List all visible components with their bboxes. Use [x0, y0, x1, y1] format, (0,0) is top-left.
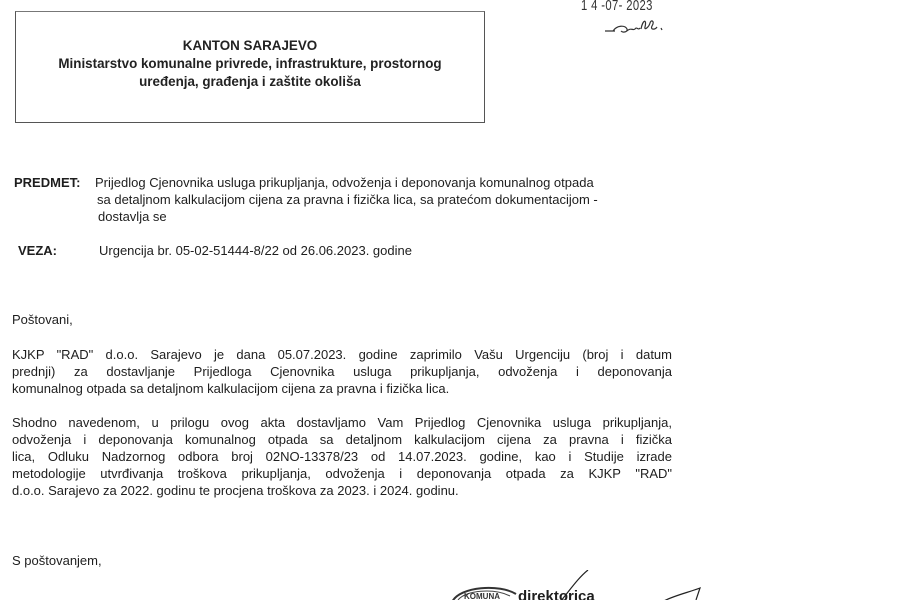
- closing: S poštovanjem,: [12, 552, 102, 569]
- paragraph-line: KJKP "RAD" d.o.o. Sarajevo je dana 05.07…: [12, 346, 672, 363]
- paragraph-line: Shodno navedenom, u prilogu ovog akta do…: [12, 414, 672, 431]
- subject-label: PREDMET:: [14, 174, 80, 191]
- paragraph-line: prednji) za dostavljanje Prijedloga Cjen…: [12, 363, 672, 380]
- paragraph-line: komunalnog otpada sa detaljnom kalkulaci…: [12, 380, 449, 397]
- signature-block: KOMUNA direktorica: [450, 570, 710, 600]
- reference-label: VEZA:: [18, 242, 57, 259]
- salutation: Poštovani,: [12, 311, 73, 328]
- received-initials-signature-icon: [603, 17, 673, 39]
- handwritten-signature-icon: [450, 570, 710, 600]
- subject-line-2: sa detaljnom kalkulacijom cijena za prav…: [97, 191, 598, 208]
- paragraph-line: lica, Odluku Nadzornog odbora broj 02NO-…: [12, 448, 672, 465]
- paragraph-line: d.o.o. Sarajevo za 2022. godinu te procj…: [12, 482, 459, 499]
- addressee-ministry-line1: Ministarstvo komunalne privrede, infrast…: [10, 56, 490, 71]
- received-date-stamp: 1 4 -07- 2023: [581, 0, 653, 14]
- subject-line-3: dostavlja se: [98, 208, 167, 225]
- addressee-canton: KANTON SARAJEVO: [16, 38, 484, 53]
- reference-text: Urgencija br. 05-02-51444-8/22 od 26.06.…: [99, 242, 412, 259]
- paragraph-line: metodologije utvrđivanja troškova prikup…: [12, 465, 672, 482]
- addressee-ministry-line2: uređenja, građenja i zaštite okoliša: [16, 74, 484, 89]
- paragraph-line: odvoženja i deponovanja komunalnog otpad…: [12, 431, 672, 448]
- subject-line-1: Prijedlog Cjenovnika usluga prikupljanja…: [95, 174, 594, 191]
- addressee-box: KANTON SARAJEVO Ministarstvo komunalne p…: [15, 11, 485, 123]
